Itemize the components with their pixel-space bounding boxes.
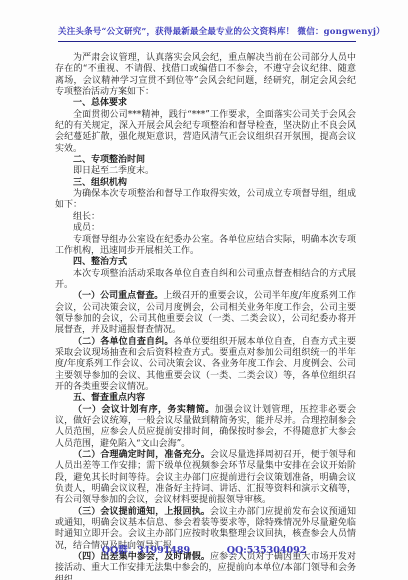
paragraph-bold-lead: （一）会议计划有序，务实精简。 xyxy=(73,405,215,415)
footer-contact: QQ群：31991489 QQ:535304092 xyxy=(0,542,408,556)
paragraph: （二）合理确定时间，准备充分。会议尽量选择周初召开，便于领导和人员出差等工作安排… xyxy=(55,450,356,507)
paragraph: 即日起至二季度末。 xyxy=(55,166,356,177)
paragraph: 本次专项整治活动采取各单位自查自纠和公司重点督查相结合的方式展开。 xyxy=(55,269,356,292)
paragraph: （一）公司重点督查。上级召开的重要会议，公司半年度/年度系列工作会议，公司决策会… xyxy=(55,291,356,336)
section-heading: 三、组织机构 xyxy=(55,178,356,189)
promo-header-banner: 关注头条号“公文研究”，获得最新最全最专业的公文资料库！ 微信：gongweny… xyxy=(58,25,356,42)
paragraph: 为严肃会议管理，认真落实会风会纪，重点解决当前在公司部分人员中存在的“不重视、不… xyxy=(55,53,356,98)
qq-group-number: QQ群：31991489 xyxy=(102,542,190,556)
paragraph-bold-lead: （二）各单位自查自纠。 xyxy=(73,337,173,347)
paragraph-bold-lead: （二）合理确定时间，准备充分。 xyxy=(73,450,210,460)
paragraph: 为确保本次专项整治和督导工作取得实效，公司成立专项督导组，组成如下： xyxy=(55,189,356,212)
document-body: 为严肃会议管理，认真落实会风会纪，重点解决当前在公司部分人员中存在的“不重视、不… xyxy=(55,53,356,580)
paragraph: （二）各单位自查自纠。各单位要组织开展本单位自查，自查方式主要采取会议现场抽查和… xyxy=(55,337,356,394)
paragraph: 专项督导组办公室设在纪委办公室。各单位应结合实际，明确本次专项工作机构，迅速同步… xyxy=(55,235,356,258)
paragraph: 成员： xyxy=(55,223,356,234)
section-heading: 四、整治方式 xyxy=(55,257,356,268)
section-heading: 二、专项整治时间 xyxy=(55,155,356,166)
paragraph: （四）出差集中参会，及时请假。应参会人员对于确因重大市场开发对接活动、重大工作安… xyxy=(55,552,356,580)
qq-number: QQ:535304092 xyxy=(227,545,307,556)
paragraph: （一）会议计划有序，务实精简。加强会议计划管理，压控非必要会议，做好会议统筹，一… xyxy=(55,405,356,450)
paragraph: 组长： xyxy=(55,212,356,223)
section-heading: 一、总体要求 xyxy=(55,98,356,109)
document-page: 关注头条号“公文研究”，获得最新最全最专业的公文资料库！ 微信：gongweny… xyxy=(0,0,408,580)
paragraph-bold-lead: （一）公司重点督查。 xyxy=(73,291,163,301)
section-heading: 五、督查重点内容 xyxy=(55,393,356,404)
paragraph: 全面贯彻公司***精神，践行“***”工作要求，全面落实公司关于会风会纪的有关规… xyxy=(55,110,356,155)
paragraph-bold-lead: （三）会议提前通知，上报回执。 xyxy=(73,507,210,517)
